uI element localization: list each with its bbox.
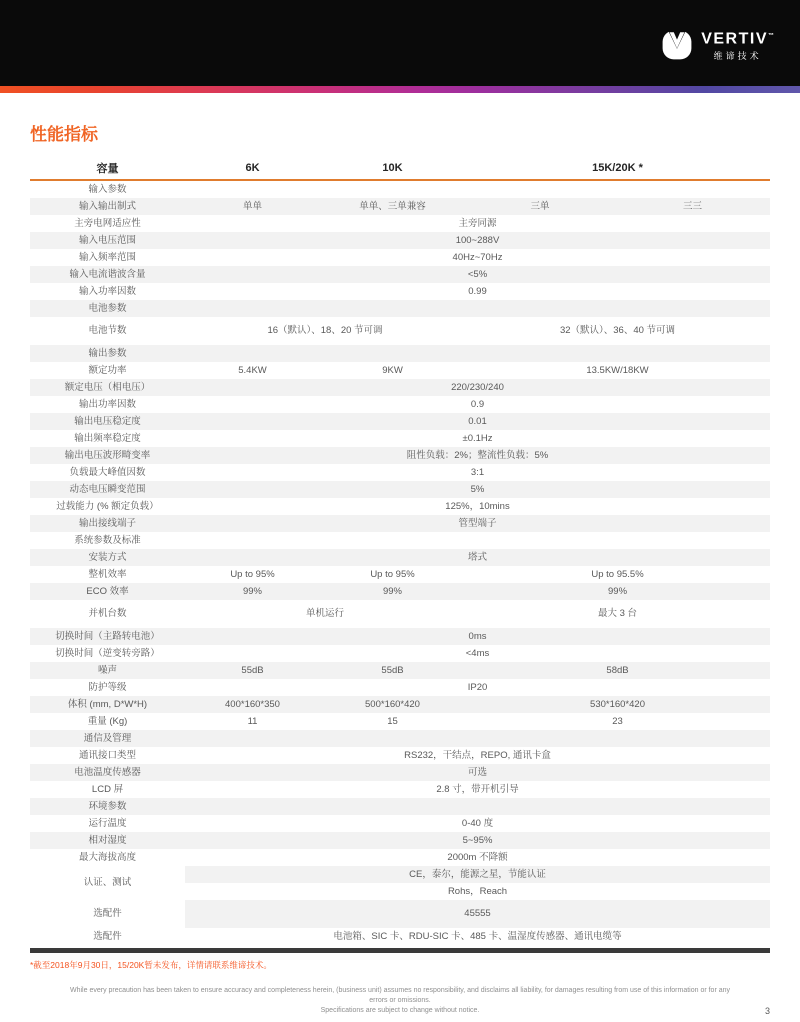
spec-value: 可选 [185,764,770,781]
spec-value: 32（默认）、36、40 节可调 [465,317,770,345]
spec-value: ±0.1Hz [185,430,770,447]
spec-label: 通讯接口类型 [30,747,185,764]
spec-value: 99% [465,583,770,600]
spec-value: 三单 [465,198,615,215]
table-row: 选配件45555 [30,900,770,928]
section-label: 环境参数 [30,798,185,815]
spec-label: 额定电压（相电压） [30,379,185,396]
spec-label: 切换时间（逆变转旁路） [30,645,185,662]
spec-value: 530*160*420 [465,696,770,713]
spec-value [185,345,770,362]
table-row: 通讯接口类型RS232，干结点，REPO, 通讯卡盒 [30,747,770,764]
header-row: 容量 6K 10K 15K/20K * [30,157,770,180]
spec-value: 2.8 寸，带开机引导 [185,781,770,798]
spec-value: 23 [465,713,770,730]
spec-value: 阻性负载：2%；整流性负载：5% [185,447,770,464]
spec-value: 0.01 [185,413,770,430]
spec-table-body: 输入参数输入输出制式单单单单、三单兼容三单三三主旁电网适应性主旁同源输入电压范围… [30,180,770,945]
brand-subtitle: 维谛技术 [714,51,762,61]
spec-label: 主旁电网适应性 [30,215,185,232]
spec-label: 防护等级 [30,679,185,696]
table-row: 输入电流谐波含量<5% [30,266,770,283]
spec-label: ECO 效率 [30,583,185,600]
col-header-capacity: 容量 [30,157,185,180]
section-row: 电池参数 [30,300,770,317]
spec-label: 输出电压稳定度 [30,413,185,430]
spec-value: 0ms [185,628,770,645]
spec-label: LCD 屏 [30,781,185,798]
vertiv-logo-icon [661,29,693,61]
table-row: 电池节数16（默认）、18、20 节可调32（默认）、36、40 节可调 [30,317,770,345]
spec-label: 额定功率 [30,362,185,379]
table-row: 主旁电网适应性主旁同源 [30,215,770,232]
table-row: 最大海拔高度2000m 不降额 [30,849,770,866]
table-row: 切换时间（主路转电池）0ms [30,628,770,645]
spec-label: 电池温度传感器 [30,764,185,781]
spec-value [185,300,770,317]
vertiv-logo: VERTIV™ 维谛技术 [661,28,774,61]
spec-value: Up to 95% [185,566,320,583]
spec-value: 主旁同源 [185,215,770,232]
footnote-text: *截至2018年9月30日，15/20K暂未发布，详情请联系维谛技术。 [30,960,800,970]
spec-value: 99% [320,583,465,600]
spec-value [185,180,770,198]
spec-label: 负载最大峰值因数 [30,464,185,481]
section-row: 系统参数及标准 [30,532,770,549]
spec-value [185,532,770,549]
table-row: 过载能力 (% 额定负载）125%，10mins [30,498,770,515]
table-row: 电池温度传感器可选 [30,764,770,781]
table-row: 输出频率稳定度±0.1Hz [30,430,770,447]
spec-label: 动态电压瞬变范围 [30,481,185,498]
table-row: 额定电压（相电压）220/230/240 [30,379,770,396]
spec-value: 0-40 度 [185,815,770,832]
col-header-15k20k: 15K/20K * [465,157,770,180]
spec-value: 15 [320,713,465,730]
spec-label: 选配件 [30,900,185,928]
section-row: 输入参数 [30,180,770,198]
spec-table: 容量 6K 10K 15K/20K * 输入参数输入输出制式单单单单、三单兼容三… [30,157,770,945]
spec-value: 管型端子 [185,515,770,532]
spec-label: 输出功率因数 [30,396,185,413]
spec-label: 体积 (mm, D*W*H) [30,696,185,713]
spec-label: 输入功率因数 [30,283,185,300]
spec-value: 电池箱、SIC 卡、RDU-SIC 卡、485 卡、温湿度传感器、通讯电缆等 [185,928,770,945]
table-row: 整机效率Up to 95%Up to 95%Up to 95.5% [30,566,770,583]
table-row: 噪声55dB55dB58dB [30,662,770,679]
spec-value: IP20 [185,679,770,696]
section-label: 输入参数 [30,180,185,198]
spec-value: 单单 [185,198,320,215]
disclaimer-line-1: While every precaution has been taken to… [70,986,730,1006]
spec-label: 电池节数 [30,317,185,345]
page-title: 性能指标 [30,125,800,144]
table-row: 输出功率因数0.9 [30,396,770,413]
spec-value: 单机运行 [185,600,465,628]
spec-label: 噪声 [30,662,185,679]
spec-value: 3:1 [185,464,770,481]
table-row: 安装方式塔式 [30,549,770,566]
disclaimer-line-2: Specifications are subject to change wit… [70,1006,730,1016]
table-row: 动态电压瞬变范围5% [30,481,770,498]
spec-value: 5~95% [185,832,770,849]
spec-label: 整机效率 [30,566,185,583]
spec-value: 5% [185,481,770,498]
spec-value: 16（默认）、18、20 节可调 [185,317,465,345]
spec-value: 11 [185,713,320,730]
table-row: 输出电压稳定度0.01 [30,413,770,430]
spec-label: 过载能力 (% 额定负载） [30,498,185,515]
spec-value: 单单、三单兼容 [320,198,465,215]
table-row: 输入输出制式单单单单、三单兼容三单三三 [30,198,770,215]
spec-value: 100~288V [185,232,770,249]
brand-name: VERTIV™ [701,28,774,47]
col-header-6k: 6K [185,157,320,180]
spec-table-header: 容量 6K 10K 15K/20K * [30,157,770,180]
table-row: 输入电压范围100~288V [30,232,770,249]
section-row: 输出参数 [30,345,770,362]
spec-label: 切换时间（主路转电池） [30,628,185,645]
table-row: 选配件电池箱、SIC 卡、RDU-SIC 卡、485 卡、温湿度传感器、通讯电缆… [30,928,770,945]
spec-value: <5% [185,266,770,283]
table-row: LCD 屏2.8 寸，带开机引导 [30,781,770,798]
spec-value: 5.4KW [185,362,320,379]
table-row: 输入功率因数0.99 [30,283,770,300]
spec-value: Rohs，Reach [185,883,770,900]
spec-value: 500*160*420 [320,696,465,713]
spec-label: 输入电流谐波含量 [30,266,185,283]
disclaimer: While every precaution has been taken to… [70,986,730,1016]
table-row: 负载最大峰值因数3:1 [30,464,770,481]
spec-value: 0.99 [185,283,770,300]
page-number: 3 [765,1006,770,1016]
spec-value: 45555 [185,900,770,928]
spec-value: 99% [185,583,320,600]
spec-label: 相对湿度 [30,832,185,849]
spec-value [185,798,770,815]
spec-value [185,730,770,747]
spec-label: 重量 (Kg) [30,713,185,730]
spec-value: 55dB [185,662,320,679]
table-row: 相对湿度5~95% [30,832,770,849]
table-row: 认证、测试CE，泰尔，能源之星，节能认证 [30,866,770,883]
section-label: 通信及管理 [30,730,185,747]
table-row: 输出接线端子管型端子 [30,515,770,532]
spec-value: CE，泰尔，能源之星，节能认证 [185,866,770,883]
spec-value: Up to 95% [320,566,465,583]
col-header-10k: 10K [320,157,465,180]
table-row: ECO 效率99%99%99% [30,583,770,600]
spec-value: <4ms [185,645,770,662]
section-row: 通信及管理 [30,730,770,747]
spec-value: Up to 95.5% [465,566,770,583]
spec-label: 认证、测试 [30,866,185,900]
trademark-symbol: ™ [768,33,774,39]
table-row: 额定功率5.4KW9KW13.5KW/18KW [30,362,770,379]
brand-header: VERTIV™ 维谛技术 [0,0,800,86]
table-row: 并机台数单机运行最大 3 台 [30,600,770,628]
spec-value: 125%，10mins [185,498,770,515]
table-row: 运行温度0-40 度 [30,815,770,832]
spec-label: 并机台数 [30,600,185,628]
spec-label: 输出接线端子 [30,515,185,532]
spec-value: 0.9 [185,396,770,413]
table-row: 体积 (mm, D*W*H)400*160*350500*160*420530*… [30,696,770,713]
section-label: 输出参数 [30,345,185,362]
spec-value: 40Hz~70Hz [185,249,770,266]
spec-value: 塔式 [185,549,770,566]
spec-value: 55dB [320,662,465,679]
spec-value: 13.5KW/18KW [465,362,770,379]
spec-value: 2000m 不降额 [185,849,770,866]
table-row: 切换时间（逆变转旁路）<4ms [30,645,770,662]
spec-label: 最大海拔高度 [30,849,185,866]
spec-value: 400*160*350 [185,696,320,713]
table-row: 防护等级IP20 [30,679,770,696]
spec-label: 选配件 [30,928,185,945]
section-row: 环境参数 [30,798,770,815]
table-row: 输入频率范围40Hz~70Hz [30,249,770,266]
table-row: 重量 (Kg)111523 [30,713,770,730]
spec-label: 安装方式 [30,549,185,566]
spec-label: 输出电压波形畸变率 [30,447,185,464]
spec-label: 运行温度 [30,815,185,832]
spec-value: RS232，干结点，REPO, 通讯卡盒 [185,747,770,764]
spec-label: 输入频率范围 [30,249,185,266]
spec-value: 三三 [615,198,770,215]
accent-gradient-bar [0,86,800,93]
spec-label: 输入输出制式 [30,198,185,215]
table-row: 输出电压波形畸变率阻性负载：2%；整流性负载：5% [30,447,770,464]
spec-value: 58dB [465,662,770,679]
table-footer-bar [30,948,770,953]
section-label: 电池参数 [30,300,185,317]
spec-value: 最大 3 台 [465,600,770,628]
spec-label: 输入电压范围 [30,232,185,249]
brand-text-block: VERTIV™ 维谛技术 [701,28,774,61]
section-label: 系统参数及标准 [30,532,185,549]
spec-value: 220/230/240 [185,379,770,396]
spec-value: 9KW [320,362,465,379]
spec-label: 输出频率稳定度 [30,430,185,447]
